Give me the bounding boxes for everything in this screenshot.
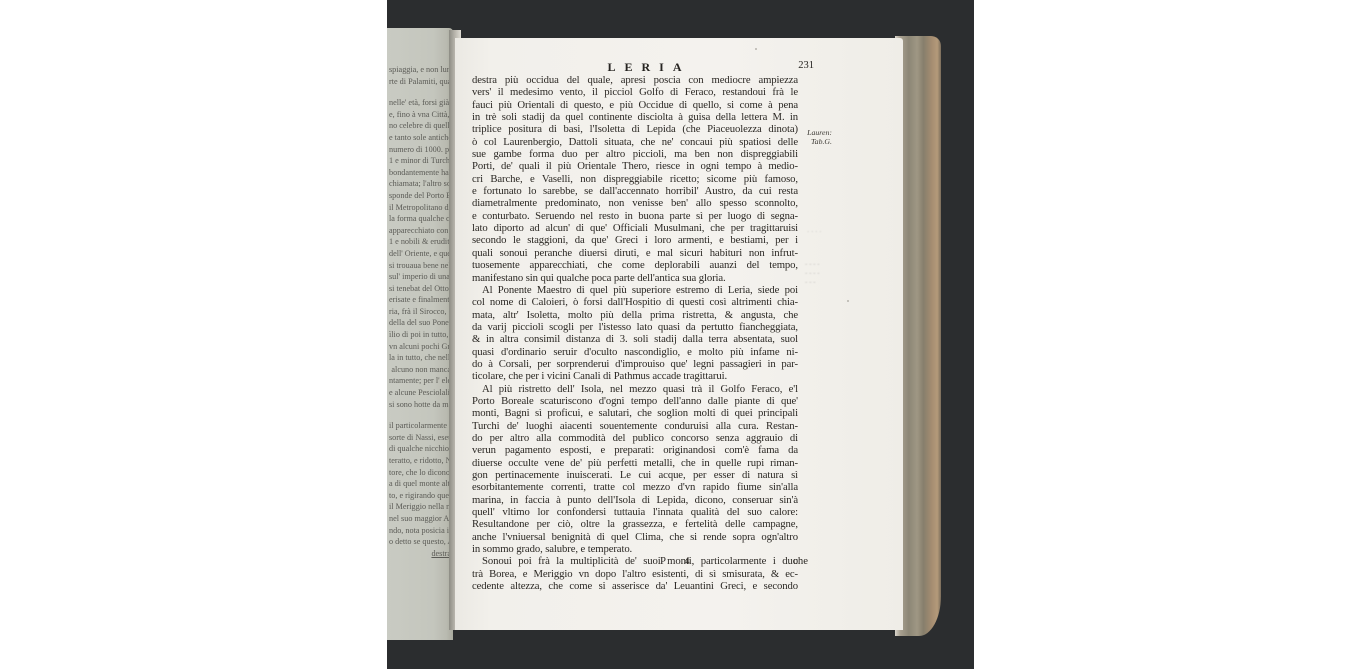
text-line: diuerse occulte vene de' più perfetti me…: [472, 457, 798, 469]
left-text-line: e, fino à vna Città, ch'à: [389, 109, 451, 121]
text-line: ticolare, che per i vicini Canali di Pat…: [472, 370, 798, 382]
left-text-line: ria, frà il Sirocco, e quel: [389, 306, 451, 318]
marginal-note: Lauren: Tab.G.: [794, 128, 832, 146]
text-line: lato diporto ad alcun' di que' Officiali…: [472, 222, 798, 234]
left-text-line: 1 e nobili & eruditi: [389, 236, 451, 248]
text-line: & in altra consimil distanza di 3. soli …: [472, 333, 798, 345]
left-text-line: to, e rigirando quello: [389, 490, 451, 502]
text-line: do à Corsali, per sorprenderui d'improui…: [472, 358, 798, 370]
left-text-line: tore, che lo dicono in: [389, 467, 451, 479]
left-text-line: di qualche nicchio con: [389, 443, 451, 455]
signature-mark: P 4: [660, 555, 698, 567]
left-text-line: il Meriggio nella natura: [389, 501, 451, 513]
left-text-line: apparecchiato con spese: [389, 225, 451, 237]
text-line: da varij piccioli scogli per l'istesso l…: [472, 321, 798, 333]
left-text-line: spiaggia, e non lungi pa-: [389, 64, 451, 76]
marginal-note-line: Lauren:: [794, 128, 832, 137]
text-line: gon pertinacemente inuiscerati. Le cui a…: [472, 469, 798, 481]
text-line: Sonoui poi frà la multiplicità de' suoi …: [472, 555, 798, 567]
text-line: cedente altezza, che come si asserisce d…: [472, 580, 798, 592]
left-text-line: a di quel monte altissi-: [389, 478, 451, 490]
left-text-line: la in tutto, che nell' altro: [389, 352, 451, 364]
text-line: trà Borea, e Meriggio vn dopo l'altro es…: [472, 568, 798, 580]
paper-speck: [847, 300, 849, 302]
text-line: verun pagamento esposti, e preparati: or…: [472, 444, 798, 456]
page-number: 231: [798, 60, 814, 71]
text-line: e conturbato. Seruendo nel resto in buon…: [472, 210, 798, 222]
text-line: quasi d'ordinario seruir d'oculto nascon…: [472, 346, 798, 358]
left-text-line: no celebre di quella: [389, 120, 451, 132]
left-text-line: [389, 87, 451, 97]
text-line: ò col Laurenbergio, Dattoli situata, che…: [472, 136, 798, 148]
text-line: destra più occidua del quale, apresi pos…: [472, 74, 798, 86]
text-line: secondo le staggioni, da que' Greci i lo…: [472, 234, 798, 246]
left-text-line: ndo, nota posicia in: [389, 525, 451, 537]
main-text-block: destra più occidua del quale, apresi pos…: [472, 74, 798, 592]
text-line: mata, altr' Isoletta, molto più della pr…: [472, 309, 798, 321]
running-head: LERIA: [484, 60, 814, 75]
left-text-line: la forma qualche conser-: [389, 213, 451, 225]
left-text-line: si tenebat del Ottomano: [389, 283, 451, 295]
left-text-line: il particolarmente più: [389, 420, 451, 432]
left-text-line: si trouaua bene nel mezzo: [389, 260, 451, 272]
left-text-line: e alcune Pesciolalità: [389, 387, 451, 399]
marginal-note-line: Tab.G.: [794, 137, 832, 146]
left-text-line: vn alcuni pochi Greci Fi: [389, 341, 451, 353]
text-line: do per altro alla commodità del publico …: [472, 432, 798, 444]
text-line: e fortunato lo sarebbe, se dall'accennat…: [472, 185, 798, 197]
catchword: che: [793, 555, 808, 567]
left-page-text: spiaggia, e non lungi pa-rte di Palamiti…: [389, 64, 451, 559]
left-text-line: rte di Palamiti, qual si: [389, 76, 451, 88]
text-line: monti, Bagni sì proficui, e salutari, ch…: [472, 407, 798, 419]
left-text-line: sul' imperio di una Diocese: [389, 271, 451, 283]
text-line: Turchi de' luoghi aiacenti souentemente …: [472, 420, 798, 432]
left-text-line: dell' Oriente, e quella: [389, 248, 451, 260]
text-line: col nome di Caloieri, ò forsi dall'Hospi…: [472, 296, 798, 308]
text-line: anche l'vniuersal benignità di quel Clim…: [472, 531, 798, 543]
text-line: diametralmente predominato, non venisse …: [472, 197, 798, 209]
left-text-line: ntamente; per l' elemen: [389, 375, 451, 387]
left-text-line: numero di 1000. persone: [389, 144, 451, 156]
text-line: Porto Boreale scaturiscono d'ogni tempo …: [472, 395, 798, 407]
left-text-line: destra: [389, 548, 451, 560]
text-line: Al Ponente Maestro di quel più superiore…: [472, 284, 798, 296]
left-text-line: o detto se questo, Alla: [389, 536, 451, 548]
text-line: quali sonoui peranche diuersi diruti, e …: [472, 247, 798, 259]
text-line: Resultandone per ciò, oltre la grassezza…: [472, 518, 798, 530]
left-text-line: si sono hotte da mani: [389, 399, 451, 411]
left-text-line: erisate e finalmente Igsfe: [389, 294, 451, 306]
left-text-line: nel suo maggior An: [389, 513, 451, 525]
left-text-line: della del suo Ponente, se: [389, 317, 451, 329]
text-line: in sommo grado, salubre, e temperato.: [472, 543, 798, 555]
text-line: triplice positura di basi, l'Isoletta di…: [472, 123, 798, 135]
text-line: fauci più Orientali di questo, e più Occ…: [472, 99, 798, 111]
text-line: tuosemente apparecchiati, che come deplo…: [472, 259, 798, 271]
text-line: vers' il medesimo vento, il picciol Golf…: [472, 86, 798, 98]
left-text-line: sorte di Nassi, eseuna: [389, 432, 451, 444]
text-line: sue gambe forma duo per altro piccioli, …: [472, 148, 798, 160]
text-line: in trè soli stadij da quel continente di…: [472, 111, 798, 123]
text-line: Al più ristretto dell' Isola, nel mezzo …: [472, 383, 798, 395]
text-line: esorbitantemente correnti, tratte col me…: [472, 481, 798, 493]
ink-bleed-through: - - - -- - - -- - -: [805, 260, 820, 287]
left-text-line: il Metropolitano di quel: [389, 202, 451, 214]
left-text-line: e tanto sole antiche Città: [389, 132, 451, 144]
left-text-line: [389, 410, 451, 420]
left-text-line: bondantemente habitati: [389, 167, 451, 179]
left-text-line: alcuno non manca: [389, 364, 451, 376]
left-text-line: teratto, e ridotto, Norco: [389, 455, 451, 467]
ink-bleed-through: · · · ·: [807, 228, 822, 237]
left-text-line: chiamata; l'altro sopra: [389, 178, 451, 190]
text-line: manifestano sin qui qualche poca parte d…: [472, 272, 798, 284]
left-text-line: 1 e minor di Turchi: [389, 155, 451, 167]
text-line: cri Barche, e Vaselli, non dispreggiabil…: [472, 173, 798, 185]
left-page: spiaggia, e non lungi pa-rte di Palamiti…: [387, 28, 453, 640]
left-text-line: sponde del Porto Borale: [389, 190, 451, 202]
text-line: Porti, de' quali il più Orientale Thero,…: [472, 160, 798, 172]
paper-speck: [755, 48, 757, 50]
book-photograph: spiaggia, e non lungi pa-rte di Palamiti…: [387, 0, 974, 669]
left-text-line: nelle' età, forsi già di-: [389, 97, 451, 109]
left-text-line: ìlio di poi in tutto, e con: [389, 329, 451, 341]
text-line: marina, in faccia à punto dell'Isola di …: [472, 494, 798, 506]
text-line: quell' vltimo lor confondersi tuttauia l…: [472, 506, 798, 518]
